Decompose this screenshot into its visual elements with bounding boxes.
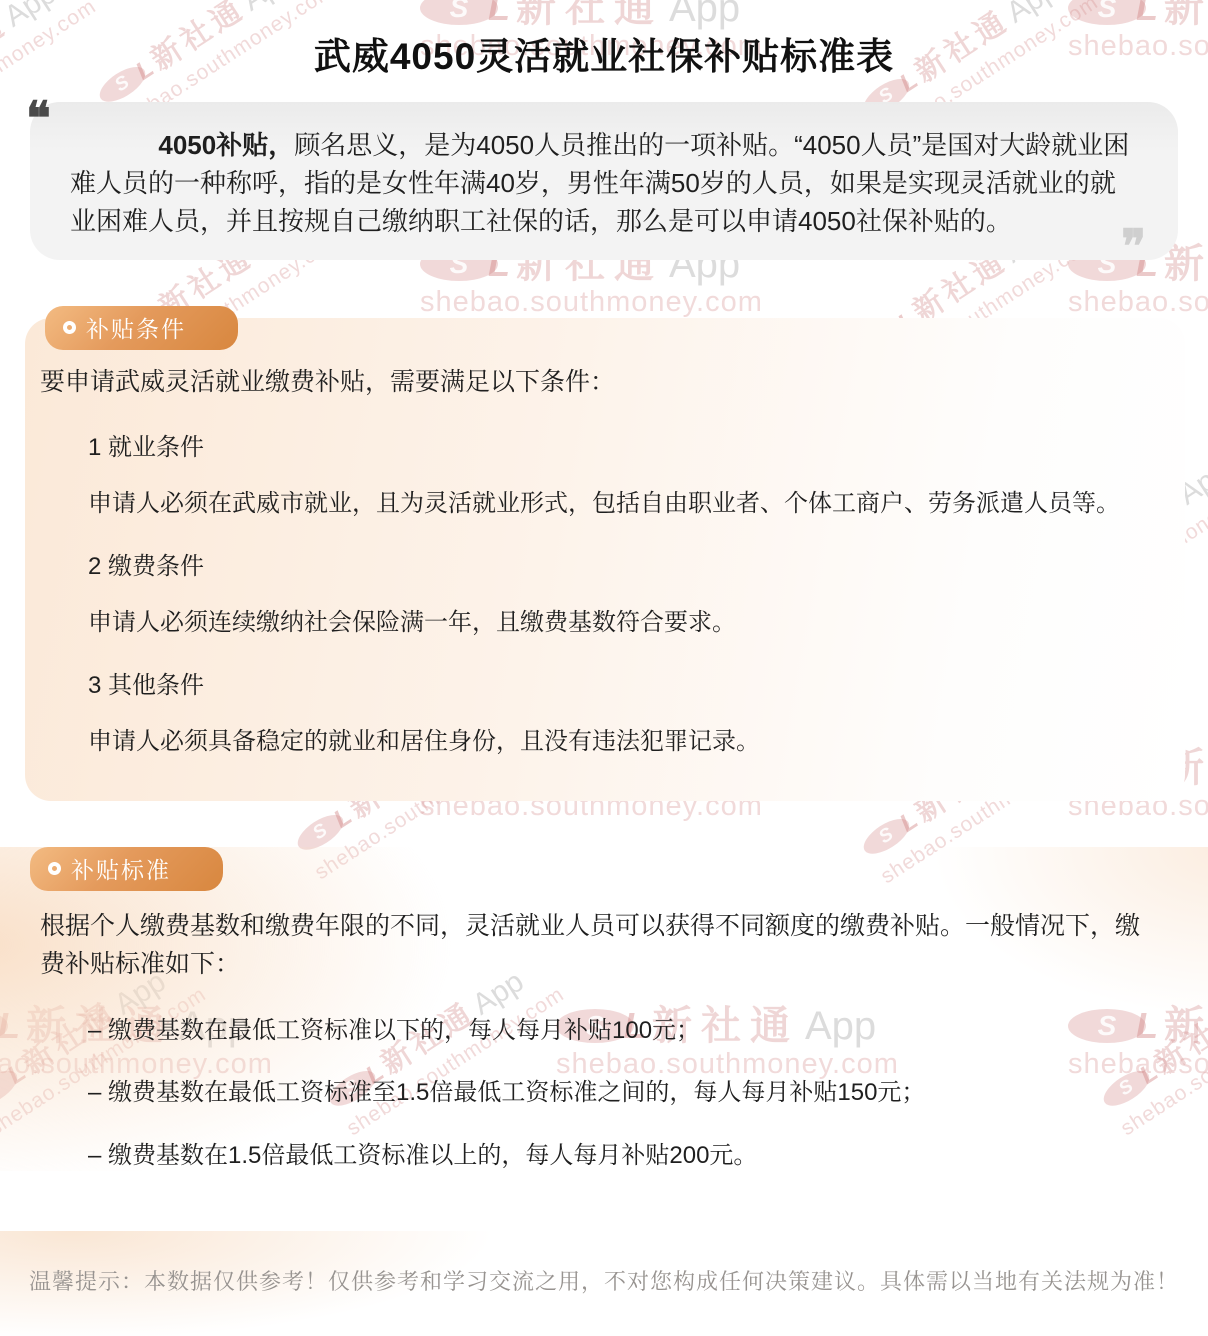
intro-lead: 4050补贴， (158, 130, 294, 160)
condition-heading: 3 其他条件 (88, 665, 1165, 700)
intro-paragraph: 4050补贴，顾名思义，是为4050人员推出的一项补贴。“4050人员”是国对大… (70, 126, 1138, 240)
condition-body: 申请人必须具备稳定的就业和居住身份，且没有违法犯罪记录。 (88, 726, 1165, 758)
conditions-panel: 补贴条件 要申请武威灵活就业缴费补贴，需要满足以下条件： 1 就业条件 申请人必… (25, 318, 1185, 801)
footer-note: 温馨提示：本数据仅供参考！仅供参考和学习交流之用，不对您构成任何决策建议。具体需… (20, 1265, 1188, 1296)
conditions-intro: 要申请武威灵活就业缴费补贴，需要满足以下条件： (40, 366, 1165, 399)
condition-heading: 1 就业条件 (88, 427, 1165, 462)
condition-body: 申请人必须连续缴纳社会保险满一年，且缴费基数符合要求。 (88, 607, 1165, 639)
article-page: SL 新社通App shebao.southmoney.com SL 新社通Ap… (0, 0, 1208, 1336)
footer-band: 温馨提示：本数据仅供参考！仅供参考和学习交流之用，不对您构成任何决策建议。具体需… (0, 1231, 1208, 1336)
standards-badge: 补贴标准 (30, 847, 223, 891)
condition-item: 2 缴费条件 申请人必须连续缴纳社会保险满一年，且缴费基数符合要求。 (40, 546, 1165, 639)
condition-item: 1 就业条件 申请人必须在武威市就业，且为灵活就业形式，包括自由职业者、个体工商… (40, 427, 1165, 520)
ring-icon (48, 862, 61, 875)
conditions-badge: 补贴条件 (45, 306, 238, 350)
condition-body: 申请人必须在武威市就业，且为灵活就业形式，包括自由职业者、个体工商户、劳务派遣人… (88, 488, 1165, 520)
close-quote-icon: ❞ (1121, 224, 1146, 270)
intro-card: ❝ ❞ 4050补贴，顾名思义，是为4050人员推出的一项补贴。“4050人员”… (30, 102, 1178, 260)
condition-item: 3 其他条件 申请人必须具备稳定的就业和居住身份，且没有违法犯罪记录。 (40, 665, 1165, 758)
section-conditions: 补贴条件 要申请武威灵活就业缴费补贴，需要满足以下条件： 1 就业条件 申请人必… (25, 318, 1185, 801)
standards-badge-label: 补贴标准 (71, 852, 171, 885)
open-quote-icon: ❝ (26, 96, 51, 142)
ring-icon (63, 321, 76, 334)
standards-intro: 根据个人缴费基数和缴费年限的不同，灵活就业人员可以获得不同额度的缴费补贴。一般情… (40, 907, 1160, 985)
section-standards: 补贴标准 根据个人缴费基数和缴费年限的不同，灵活就业人员可以获得不同额度的缴费补… (0, 847, 1208, 1171)
page-title: 武威4050灵活就业社保补贴标准表 (0, 0, 1208, 80)
condition-heading: 2 缴费条件 (88, 546, 1165, 581)
standard-bullet: – 缴费基数在最低工资标准至1.5倍最低工资标准之间的，每人每月补贴150元； (88, 1077, 1185, 1108)
conditions-badge-label: 补贴条件 (86, 311, 186, 344)
standard-bullet: – 缴费基数在最低工资标准以下的，每人每月补贴100元； (88, 1015, 1185, 1046)
standard-bullet: – 缴费基数在1.5倍最低工资标准以上的，每人每月补贴200元。 (88, 1140, 1185, 1171)
